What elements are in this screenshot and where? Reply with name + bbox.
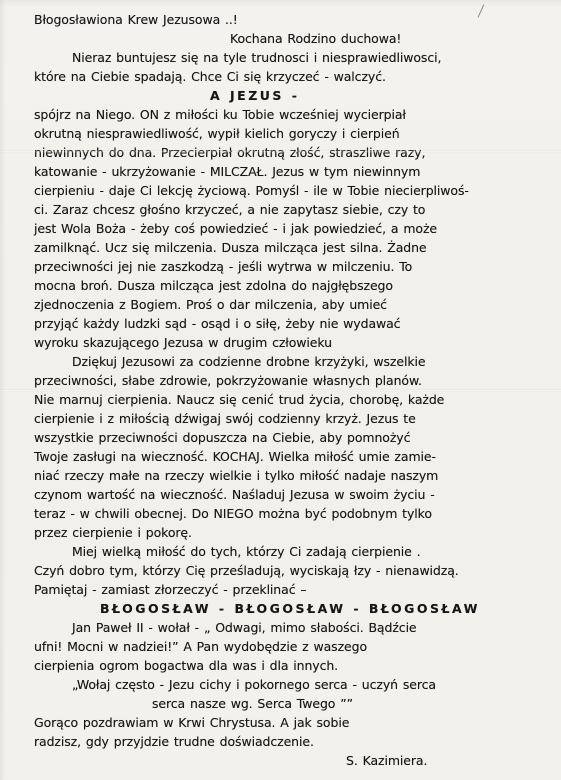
letter-line: ufni! Mocni w nadziei!” A Pan wydobędzie… — [34, 637, 551, 656]
letter-line: katowanie - ukrzyżowanie - MILCZAŁ. Jezu… — [34, 162, 551, 181]
letter-line: spójrz na Niego. ON z miłości ku Tobie w… — [34, 105, 551, 124]
letter-line: przeciwności jej nie zaszkodzą - jeśli w… — [34, 257, 551, 276]
letter-line: Pamiętaj - zamiast złorzeczyć - przeklin… — [34, 580, 551, 599]
letter-line: okrutną niesprawiedliwość, wypił kielich… — [34, 124, 551, 143]
letter-line: cierpieniu - daje Ci lekcję życiową. Pom… — [34, 181, 551, 200]
letter-line-closing: Gorąco pozdrawiam w Krwi Chrystusa. A ja… — [34, 713, 551, 732]
letter-line: niewinnych do dna. Przecierpiał okrutną … — [34, 143, 551, 162]
letter-line-prayer-quote: serca nasze wg. Serca Twego ”” — [152, 694, 551, 713]
letter-line: jest Wola Boża - żeby coś powiedzieć - i… — [34, 219, 551, 238]
letter-line: cierpienia ogrom bogactwa dla was i dla … — [34, 656, 551, 675]
letter-line: przyjąć każdy ludzki sąd - osąd i o siłę… — [34, 314, 551, 333]
letter-line-prayer-quote: „Wołaj często - Jezu cichy i pokornego s… — [72, 675, 551, 694]
letter-line: Czyń dobro tym, którzy Cię prześladują, … — [34, 561, 551, 580]
letter-line-paragraph-start: Dziękuj Jezusowi za codzienne drobne krz… — [72, 352, 551, 371]
letter-line: cierpienie i z miłością dźwigaj swój cod… — [34, 409, 551, 428]
letter-line: ci. Zaraz chcesz głośno krzyczeć, a nie … — [34, 200, 551, 219]
letter-line: przeciwności, słabe zdrowie, pokrzyżowan… — [34, 371, 551, 390]
letter-line-closing: radzisz, gdy przyjdzie trudne doświadcze… — [34, 732, 551, 751]
letter-line: mocna broń. Dusza milcząca jest zdolna d… — [34, 276, 551, 295]
letter-line-jesus-heading: A JEZUS - — [210, 86, 551, 105]
letter-line: teraz - w chwili obecnej. Do NIEGO można… — [34, 504, 551, 523]
letter-line: przez cierpienie i pokorę. — [34, 523, 551, 542]
letter-line-paragraph-start: Miej wielką miłość do tych, którzy Ci za… — [72, 542, 551, 561]
letter-line: zjednoczenia z Bogiem. Proś o dar milcze… — [34, 295, 551, 314]
letter-line: czynom wartość na wieczność. Naśladuj Je… — [34, 485, 551, 504]
handwritten-letter-page: Błogosławiona Krew Jezusowa ..! Kochana … — [0, 0, 561, 780]
letter-line-blogoslaw-heading: BŁOGOSŁAW - BŁOGOSŁAW - BŁOGOSŁAW — [100, 599, 551, 618]
letter-line-salutation: Kochana Rodzino duchowa! — [230, 29, 551, 48]
letter-line-opening-invocation: Błogosławiona Krew Jezusowa ..! — [34, 10, 551, 29]
letter-line: niać rzeczy małe na rzeczy wielkie i tyl… — [34, 466, 551, 485]
letter-line: Nie marnuj cierpienia. Naucz się cenić t… — [34, 390, 551, 409]
letter-signature: S. Kazimiera. — [346, 751, 551, 770]
letter-line-john-paul-quote: Jan Paweł II - wołał - „ Odwagi, mimo sł… — [72, 618, 551, 637]
letter-line: które na Ciebie spadają. Chce Ci się krz… — [34, 67, 551, 86]
letter-line: zamilknąć. Ucz się milczenia. Dusza milc… — [34, 238, 551, 257]
letter-line: Nieraz buntujesz się na tyle trudnosci i… — [72, 48, 551, 67]
letter-line: wszystkie przeciwności dopuszcza na Cieb… — [34, 428, 551, 447]
letter-line: Twoje zasługi na wieczność. KOCHAJ. Wiel… — [34, 447, 551, 466]
letter-line: wyroku skazującego Jezusa w drugim człow… — [34, 333, 551, 352]
